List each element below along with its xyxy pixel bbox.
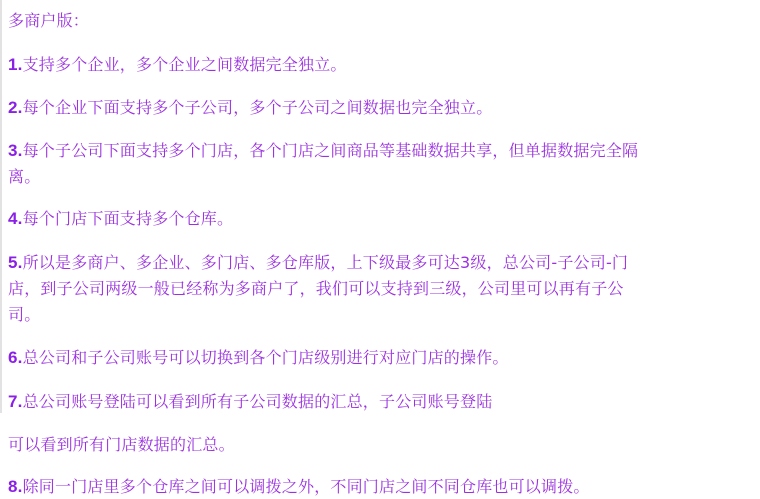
item-text: 支持多个企业，多个企业之间数据完全独立。	[23, 55, 347, 74]
feature-item-7: 7.总公司账号登陆可以看到所有子公司数据的汇总，子公司账号登陆	[8, 389, 492, 412]
item-text: 总公司账号登陆可以看到所有子公司数据的汇总，子公司账号登陆	[23, 392, 493, 411]
item-text: 每个门店下面支持多个仓库。	[23, 209, 234, 228]
feature-item-7-cont: 可以看到所有门店数据的汇总。	[8, 432, 235, 455]
item-number: 8.	[8, 477, 23, 496]
item-number: 1.	[8, 55, 23, 74]
feature-item-4: 4.每个门店下面支持多个仓库。	[8, 206, 233, 229]
feature-item-3-cont: 离。	[8, 164, 40, 187]
item-number: 6.	[8, 348, 23, 367]
feature-item-5-cont-1: 店，到子公司两级一般已经称为多商户了，我们可以支持到三级，公司里可以再有子公	[8, 276, 624, 299]
left-border-rule	[0, 0, 2, 413]
feature-item-5-cont-2: 司。	[8, 302, 40, 325]
feature-item-6: 6.总公司和子公司账号可以切换到各个门店级别进行对应门店的操作。	[8, 345, 509, 368]
item-number: 5.	[8, 253, 23, 272]
item-text: 所以是多商户、多企业、多门店、多仓库版，上下级最多可达3级，总公司-子公司-门	[23, 253, 629, 272]
feature-item-5: 5.所以是多商户、多企业、多门店、多仓库版，上下级最多可达3级，总公司-子公司-…	[8, 250, 628, 273]
item-text: 每个企业下面支持多个子公司，多个子公司之间数据也完全独立。	[23, 98, 493, 117]
feature-item-2: 2.每个企业下面支持多个子公司，多个子公司之间数据也完全独立。	[8, 95, 492, 118]
item-number: 7.	[8, 392, 23, 411]
feature-item-3: 3.每个子公司下面支持多个门店，各个门店之间商品等基础数据共享，但单据数据完全隔	[8, 138, 638, 161]
item-number: 2.	[8, 98, 23, 117]
feature-item-8: 8.除同一门店里多个仓库之间可以调拨之外，不同门店之间不同仓库也可以调拨。	[8, 474, 590, 497]
item-text: 每个子公司下面支持多个门店，各个门店之间商品等基础数据共享，但单据数据完全隔	[23, 141, 639, 160]
item-text: 除同一门店里多个仓库之间可以调拨之外，不同门店之间不同仓库也可以调拨。	[23, 477, 590, 496]
item-number: 4.	[8, 209, 23, 228]
document-title: 多商户版：	[8, 8, 89, 31]
item-text: 总公司和子公司账号可以切换到各个门店级别进行对应门店的操作。	[23, 348, 509, 367]
feature-item-1: 1.支持多个企业，多个企业之间数据完全独立。	[8, 52, 347, 75]
item-number: 3.	[8, 141, 23, 160]
